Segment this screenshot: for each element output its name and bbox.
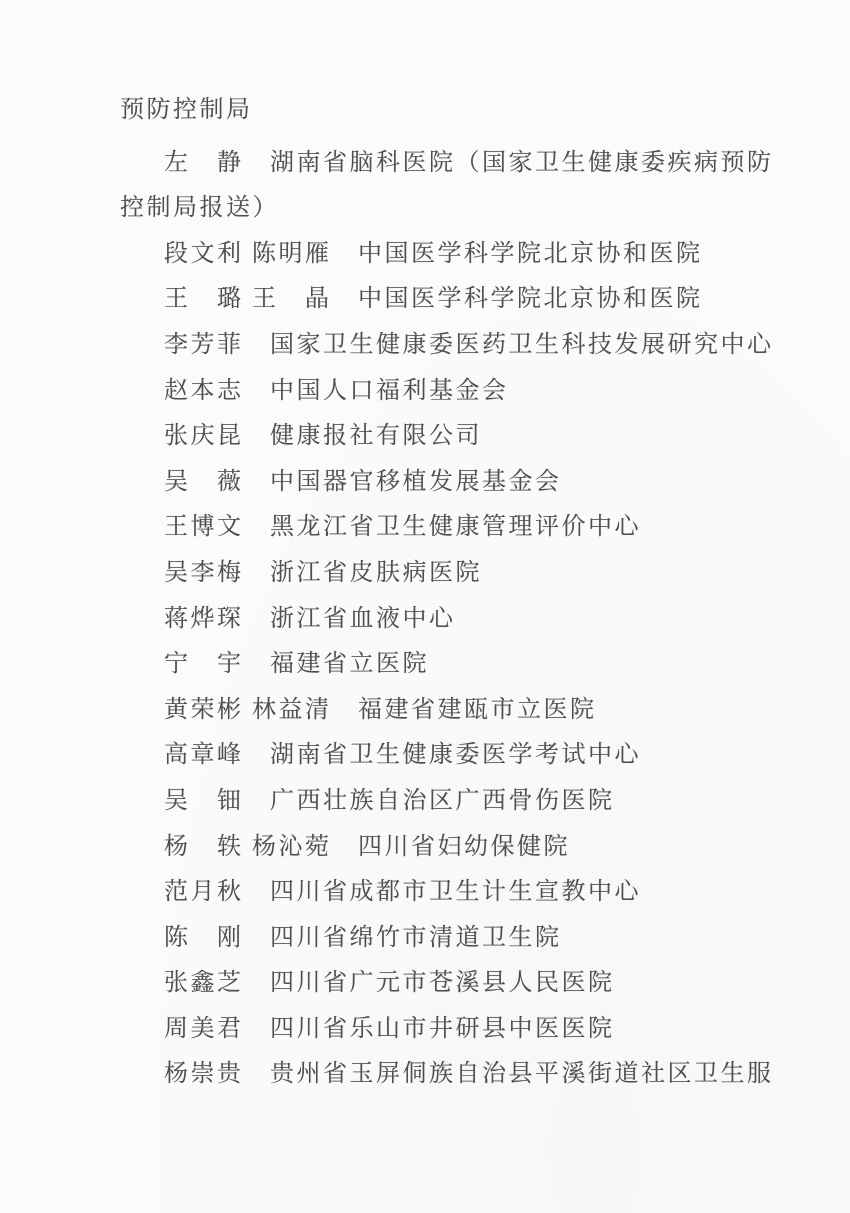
text-line: 范月秋 四川省成都市卫生计生宣教中心 [120, 870, 750, 916]
text-line: 蒋烨琛 浙江省血液中心 [120, 597, 750, 643]
text-line: 吴李梅 浙江省皮肤病医院 [120, 551, 750, 597]
text-line: 王博文 黑龙江省卫生健康管理评价中心 [120, 505, 750, 551]
text-line: 杨 轶 杨沁菀 四川省妇幼保健院 [120, 825, 750, 871]
text-line: 控制局报送） [120, 186, 750, 232]
scanned-document-page: 预防控制局左 静 湖南省脑科医院（国家卫生健康委疾病预防控制局报送）段文利 陈明… [0, 0, 850, 1213]
text-line: 吴 钿 广西壮族自治区广西骨伤医院 [120, 779, 750, 825]
text-line: 杨崇贵 贵州省玉屏侗族自治县平溪街道社区卫生服 [120, 1052, 750, 1098]
text-line: 王 璐 王 晶 中国医学科学院北京协和医院 [120, 277, 750, 323]
text-line: 高章峰 湖南省卫生健康委医学考试中心 [120, 733, 750, 779]
text-line: 周美君 四川省乐山市井研县中医医院 [120, 1007, 750, 1053]
text-line: 宁 宇 福建省立医院 [120, 642, 750, 688]
text-line: 左 静 湖南省脑科医院（国家卫生健康委疾病预防 [120, 141, 750, 187]
text-line: 张庆昆 健康报社有限公司 [120, 414, 750, 460]
document-lines: 预防控制局左 静 湖南省脑科医院（国家卫生健康委疾病预防控制局报送）段文利 陈明… [120, 88, 750, 1098]
text-line: 预防控制局 [120, 88, 750, 134]
text-line: 黄荣彬 林益清 福建省建瓯市立医院 [120, 688, 750, 734]
text-line: 张鑫芝 四川省广元市苍溪县人民医院 [120, 961, 750, 1007]
text-line: 段文利 陈明雁 中国医学科学院北京协和医院 [120, 232, 750, 278]
text-line: 陈 刚 四川省绵竹市清道卫生院 [120, 916, 750, 962]
text-line: 赵本志 中国人口福利基金会 [120, 369, 750, 415]
text-line: 吴 薇 中国器官移植发展基金会 [120, 460, 750, 506]
text-line: 李芳菲 国家卫生健康委医药卫生科技发展研究中心 [120, 323, 750, 369]
